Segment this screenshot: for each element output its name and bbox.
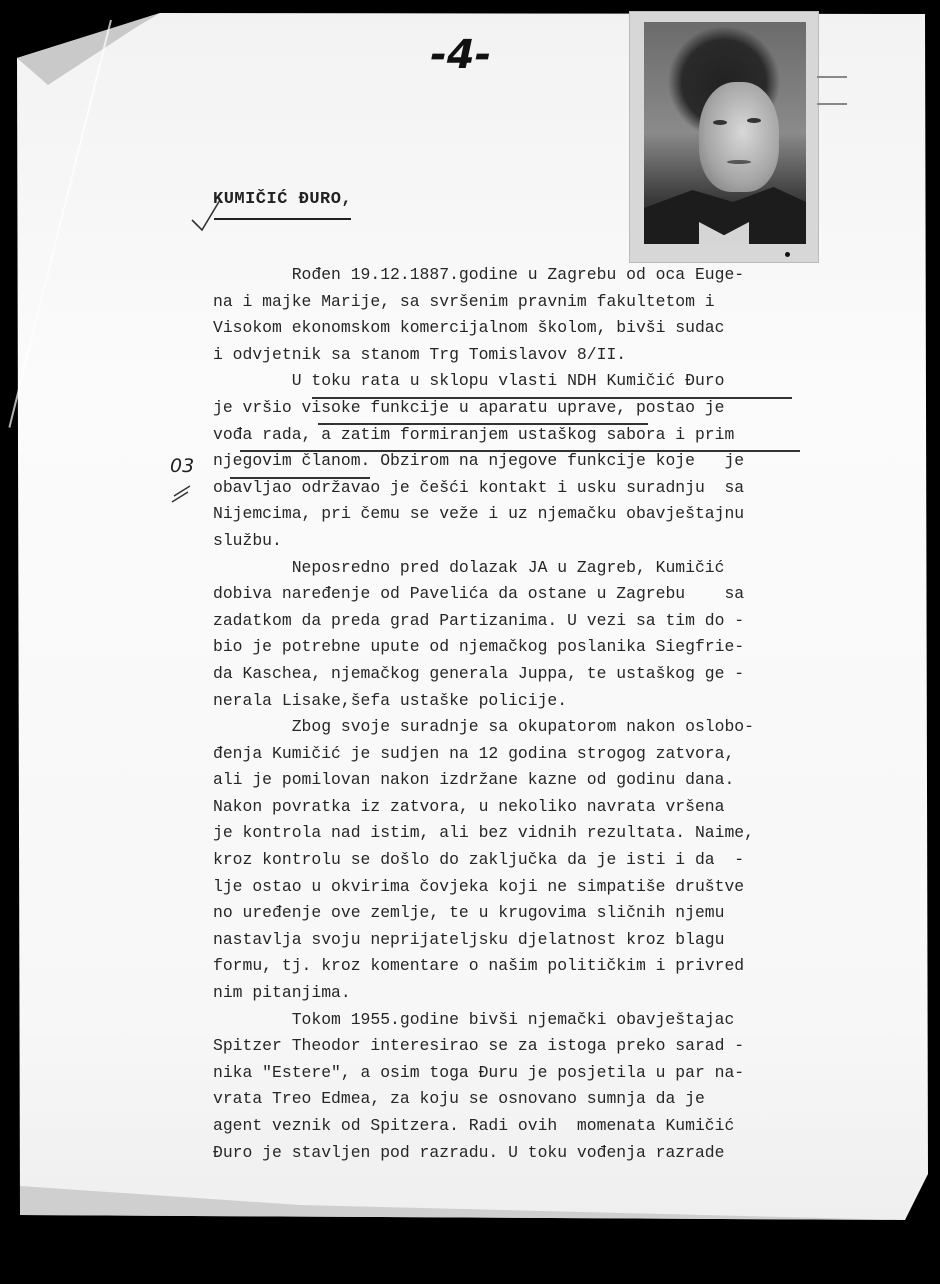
document-title: KUMIČIĆ ĐURO,: [213, 190, 352, 209]
text-line: nastavlja svoju neprijateljsku djelatnos…: [213, 927, 833, 954]
portrait-image: [644, 22, 806, 244]
handwritten-underline: [240, 450, 800, 452]
text-line: kroz kontrolu se došlo do zaključka da j…: [213, 847, 833, 874]
text-line: Rođen 19.12.1887.godine u Zagrebu od oca…: [213, 262, 833, 289]
text-line: lje ostao u okvirima čovjeka koji ne sim…: [213, 874, 833, 901]
text-line: Đuro je stavljen pod razradu. U toku vođ…: [213, 1140, 833, 1167]
text-line: službu.: [213, 528, 833, 555]
margin-slash-mark: [170, 484, 210, 504]
text-line: Nakon povratka iz zatvora, u nekoliko na…: [213, 794, 833, 821]
text-line: je kontrola nad istim, ali bez vidnih re…: [213, 820, 833, 847]
title-underline: [214, 218, 351, 220]
margin-annotation: 03: [170, 455, 194, 477]
text-line: dobiva naređenje od Pavelića da ostane u…: [213, 581, 833, 608]
text-line: no uređenje ove zemlje, te u krugovima s…: [213, 900, 833, 927]
stray-mark: [817, 76, 847, 78]
stray-mark: [817, 103, 847, 105]
handwritten-underline: [312, 397, 792, 399]
text-line: da Kaschea, njemačkog generala Juppa, te…: [213, 661, 833, 688]
text-line: Zbog svoje suradnje sa okupatorom nakon …: [213, 714, 833, 741]
text-line: ali je pomilovan nakon izdržane kazne od…: [213, 767, 833, 794]
handwritten-page-number: -4-: [425, 32, 496, 78]
text-line: nim pitanjima.: [213, 980, 833, 1007]
handwritten-underline: [318, 423, 648, 425]
text-line: đenja Kumičić je sudjen na 12 godina str…: [213, 741, 833, 768]
portrait-face: [699, 82, 779, 192]
text-line: vođa rada, a zatim formiranjem ustaškog …: [213, 422, 833, 449]
text-line: nerala Lisake,šefa ustaške policije.: [213, 688, 833, 715]
text-line: bio je potrebne upute od njemačkog posla…: [213, 634, 833, 661]
text-line: agent veznik od Spitzera. Radi ovih mome…: [213, 1113, 833, 1140]
text-line: zadatkom da preda grad Partizanima. U ve…: [213, 608, 833, 635]
text-line: i odvjetnik sa stanom Trg Tomislavov 8/I…: [213, 342, 833, 369]
text-line: nika "Estere", a osim toga Đuru je posje…: [213, 1060, 833, 1087]
text-line: Spitzer Theodor interesirao se za istoga…: [213, 1033, 833, 1060]
portrait-photo: [630, 12, 818, 262]
text-line: formu, tj. kroz komentare o našim politi…: [213, 953, 833, 980]
text-line: U toku rata u sklopu vlasti NDH Kumičić …: [213, 368, 833, 395]
text-line: Neposredno pred dolazak JA u Zagreb, Kum…: [213, 555, 833, 582]
portrait-eye: [713, 120, 727, 125]
portrait-mouth: [727, 160, 751, 164]
text-line: Tokom 1955.godine bivši njemački obavješ…: [213, 1007, 833, 1034]
handwritten-underline: [230, 477, 370, 479]
text-line: na i majke Marije, sa svršenim pravnim f…: [213, 289, 833, 316]
portrait-eye: [747, 118, 761, 123]
text-line: vrata Treo Edmea, za koju se osnovano su…: [213, 1086, 833, 1113]
text-line: Nijemcima, pri čemu se veže i uz njemačk…: [213, 501, 833, 528]
text-line: Visokom ekonomskom komercijalnom školom,…: [213, 315, 833, 342]
staple-hole: [785, 252, 790, 257]
text-line: njegovim članom. Obzirom na njegove funk…: [213, 448, 833, 475]
